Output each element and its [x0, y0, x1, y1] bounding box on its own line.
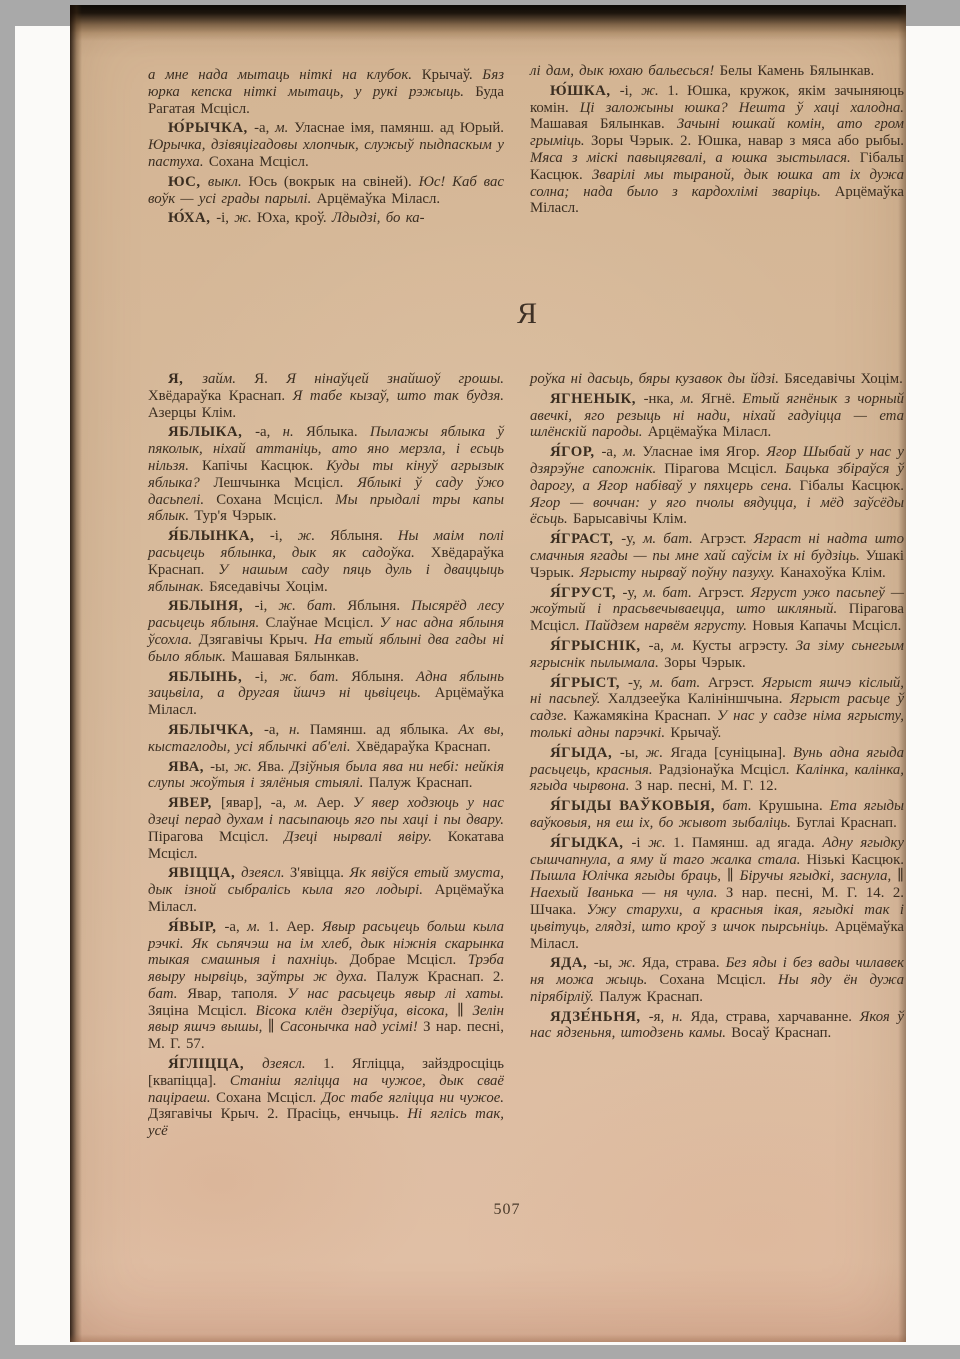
definition-text: Ягада [суніцына].: [670, 745, 793, 761]
entry-continuation-rouka: роўка ні дасьць, бяры кузавок ды йдзі. Б…: [530, 371, 904, 388]
headword: Ю́ШКА,: [550, 83, 620, 99]
entry-yagrast: Я́ГРАСТ, -у, м. бат. Агрэст. Яграст ні н…: [530, 531, 904, 581]
example-text: Дзеці нырвалі явіру.: [284, 829, 448, 845]
definition-text: Добрае Мсцісл.: [350, 952, 468, 968]
entry-yus: ЮС, выкл. Юсь (вокрык на свіней). Юс! Ка…: [148, 174, 504, 208]
entry-yadzennya: ЯДЗЕ́НЬНЯ, -я, н. Яда, страва, харчаванн…: [530, 1009, 904, 1043]
example-text: дзеясл.: [241, 865, 290, 881]
entry-yagnenyk: ЯГНЕНЫК, -нка, м. Ягнё. Етый ягнёнык з ч…: [530, 391, 904, 441]
example-text: м.: [681, 391, 701, 407]
column-main-right: роўка ні дасьць, бяры кузавок ды йдзі. Б…: [530, 371, 904, 1045]
definition-text: -а,: [255, 424, 283, 440]
section-letter-heading: Я: [148, 297, 906, 331]
definition-text: Халдзееўка Калініншчына.: [608, 691, 790, 707]
page-number: 507: [70, 1201, 944, 1219]
headword: ЯБЛЫНЯ,: [168, 598, 255, 614]
entry-yagrysnik: Я́ГРЫСНІК, -а, м. Кусты агрэсту. За зіму…: [530, 638, 904, 672]
headword: Я́ГРЫСНІК,: [550, 638, 649, 654]
definition-text: Сохана Мсцісл.: [216, 1090, 322, 1106]
example-text: ж.: [298, 528, 330, 544]
entry-continuation-yurok: а мне нада мытаць ніткі на клубок. Кры­ч…: [148, 67, 504, 117]
example-text: м. бат.: [643, 585, 698, 601]
headword: Я́ГРАСТ,: [550, 531, 621, 547]
definition-text: Зоры Чэрык.: [664, 655, 746, 671]
example-text: ж.: [234, 759, 257, 775]
definition-text: Бяседавічы Хоцім.: [784, 371, 903, 387]
definition-text: -нка,: [644, 391, 681, 407]
example-text: выкл.: [208, 174, 249, 190]
headword: ЯВЕР,: [168, 795, 221, 811]
example-text: дзеясл.: [262, 1056, 323, 1072]
definition-text: -у,: [623, 585, 644, 601]
definition-text: Крычаў.: [670, 725, 721, 741]
example-text: бат.: [722, 798, 758, 814]
headword: ЯВІЦЦА,: [168, 865, 241, 881]
definition-text: 1. Аер.: [268, 919, 322, 935]
entry-yablynka: Я́БЛЫНКА, -і, ж. Яблыня. Ны маім полі ра…: [148, 528, 504, 595]
example-text: Мяса з міскі павыцягвалі, а юшка зыстыла…: [530, 150, 860, 166]
example-text: Я нінаўцей знайшоў грошы.: [286, 371, 504, 387]
example-text: Лдыдзі, бо ка-: [332, 210, 425, 226]
example-text: Пайдзем нарвём ягрусту.: [585, 618, 753, 634]
definition-text: Ява.: [257, 759, 290, 775]
headword: Я́ГЫДКА,: [550, 835, 632, 851]
entry-yurychka: Ю́РЫЧКА, -а, м. Уласнае імя, памянш. ад …: [148, 120, 504, 170]
headword: Ю́РЫЧКА,: [168, 120, 254, 136]
entry-yablyka: ЯБЛЫКА, -а, н. Яблыка. Пылажы яблыка ў п…: [148, 424, 504, 525]
definition-text: Нізькі Касцюк.: [807, 852, 904, 868]
book-page: а мне нада мытаць ніткі на клубок. Кры­ч…: [70, 5, 906, 1342]
example-text: Ягрысту нырваў поўну пазуху.: [580, 565, 781, 581]
definition-text: Хвёдараўка Краснап.: [148, 388, 293, 404]
definition-text: Ягнё.: [701, 391, 742, 407]
headword: Я,: [168, 371, 202, 387]
definition-text: Палуж Краснап. 2.: [376, 969, 504, 985]
definition-text: Дзягавічы Крыч.: [199, 632, 314, 648]
definition-text: Яблыня.: [347, 598, 411, 614]
definition-text: Пірагова Мсцісл.: [148, 829, 284, 845]
example-text: ж. бат.: [278, 598, 347, 614]
definition-text: Лешчынка Мсцісл.: [214, 475, 358, 491]
example-text: м. бат.: [643, 531, 700, 547]
definition-text: -а,: [649, 638, 672, 654]
example-text: лі дам, дык юхаю бальесься!: [530, 63, 720, 79]
definition-text: Машавая Бялынкав.: [530, 116, 677, 132]
definition-text: -і,: [270, 528, 298, 544]
definition-text: Сохана Мсцісл.: [659, 972, 778, 988]
example-text: ж.: [234, 210, 257, 226]
definition-text: Канахоўка Клім.: [780, 565, 886, 581]
definition-text: Азерцы Клім.: [148, 405, 236, 421]
column-top-right: лі дам, дык юхаю бальесься! Белы Камень …: [530, 63, 904, 220]
scanned-dictionary-page: { "page": { "section_letter": "Я", "page…: [0, 0, 960, 1359]
definition-text: Яда, страва, харчаванне.: [691, 1009, 860, 1025]
entry-yava: ЯВА, -ы, ж. Ява. Дзіўныя была ява ни неб…: [148, 759, 504, 793]
definition-text: Агрэст.: [698, 585, 751, 601]
example-text: У нас расьцець явыр лі хаты.: [287, 986, 504, 1002]
page-top-edge-shadow: [70, 5, 906, 41]
definition-text: Кусты агрэсту.: [692, 638, 796, 654]
definition-text: Яда, страва.: [642, 955, 726, 971]
definition-text: Памянш. ад яблыка.: [310, 722, 459, 738]
example-text: м.: [247, 919, 268, 935]
headword: Я́ВЫР,: [168, 919, 224, 935]
example-text: н.: [672, 1009, 691, 1025]
definition-text: Крушына.: [759, 798, 830, 814]
entry-yablychka: ЯБЛЫЧКА, -а, н. Памянш. ад яблыка. Ах вы…: [148, 722, 504, 756]
example-text: м.: [295, 795, 317, 811]
definition-text: Восаў Краснап.: [731, 1025, 831, 1041]
definition-text: Яблыня.: [351, 669, 416, 685]
entry-yagor: Я́ГОР, -а, м. Уласнае імя Ягор. Ягор Шыб…: [530, 444, 904, 528]
example-text: Дос табе ягліцца ни чужое.: [322, 1090, 504, 1106]
definition-text: -і,: [216, 210, 234, 226]
headword: Я́ГОР,: [550, 444, 601, 460]
definition-text: Кры­чаў.: [422, 67, 483, 83]
definition-text: Сохана Мсцісл.: [216, 492, 335, 508]
example-text: ж.: [618, 955, 641, 971]
definition-text: Тур'я Чэрык.: [194, 508, 276, 524]
definition-text: Юха, кроў.: [257, 210, 332, 226]
headword: ЯДЗЕ́НЬНЯ,: [550, 1009, 649, 1025]
definition-text: -і,: [255, 669, 280, 685]
definition-text: Буглаі Краснап.: [796, 815, 897, 831]
definition-text: Зоры Чэрык. 2. Юшка, навар з мяса або ры…: [591, 133, 904, 149]
definition-text: Уласнае імя, памянш. ад Юрый.: [294, 120, 504, 136]
definition-text: -а,: [254, 120, 275, 136]
entry-yavyr: Я́ВЫР, -а, м. 1. Аер. Явыр расьцець боль…: [148, 919, 504, 1053]
example-text: ж.: [646, 745, 671, 761]
example-text: ж.: [641, 83, 667, 99]
example-text: н.: [283, 424, 306, 440]
headword: Я́ГРУСТ,: [550, 585, 623, 601]
entry-yaglitsa: Я́ГЛІЦЦА, дзеясл. 1. Ягліцца, зайздросці…: [148, 1056, 504, 1140]
definition-text: Агрэст.: [708, 675, 762, 691]
definition-text: Явар, таполя.: [187, 986, 287, 1002]
entry-yablyn: ЯБЛЫНЬ, -і, ж. бат. Яблыня. Адна яблынь …: [148, 669, 504, 719]
definition-text: -і,: [255, 598, 279, 614]
headword: ЯДА,: [550, 955, 594, 971]
headword: Я́БЛЫНКА,: [168, 528, 270, 544]
definition-text: Яблыня.: [330, 528, 398, 544]
entry-yavitsa: ЯВІЦЦА, дзеясл. З'явіцца. Як явіўся етый…: [148, 865, 504, 915]
entry-yushka: Ю́ШКА, -і, ж. 1. Юшка, кружок, якім зачы…: [530, 83, 904, 217]
definition-text: Уласнае імя Ягор.: [642, 444, 766, 460]
definition-text: -і: [632, 835, 649, 851]
definition-text: -у,: [628, 675, 650, 691]
example-text: м. бат.: [650, 675, 708, 691]
example-text: а мне нада мытаць ніткі на клубок.: [148, 67, 422, 83]
definition-text: Слаўнае Мсцісл.: [265, 615, 379, 631]
headword: Я́ГЛІЦЦА,: [168, 1056, 262, 1072]
example-text: Юрычка, дзівяцігадовы хлопчык, служыў пы…: [148, 137, 504, 170]
definition-text: Новыя Капачы Мсцісл.: [752, 618, 901, 634]
definition-text: Дзягавічы Крыч. 2. Прасіць, енчыць.: [148, 1106, 407, 1122]
page-left-edge-shadow: [70, 5, 82, 1342]
example-text: бат.: [148, 986, 187, 1002]
example-text: займ.: [202, 371, 254, 387]
definition-text: -а,: [224, 919, 247, 935]
example-text: м.: [671, 638, 692, 654]
definition-text: Белы Камень Бялынкав.: [720, 63, 875, 79]
definition-text: Пірагова Мсцісл.: [664, 461, 785, 477]
definition-text: -ы,: [620, 745, 646, 761]
entry-yaver: ЯВЕР, [явар], -а, м. Аер. У явер ходзюць…: [148, 795, 504, 862]
entry-yagrust: Я́ГРУСТ, -у, м. бат. Агрэст. Ягруст ужо …: [530, 585, 904, 635]
entry-yagryst: Я́ГРЫСТ, -у, м. бат. Агрэст. Ягрыст яшчэ…: [530, 675, 904, 742]
definition-text: Палуж Краснап.: [369, 775, 473, 791]
definition-text: -ы,: [210, 759, 234, 775]
definition-text: -а,: [601, 444, 623, 460]
column-main-left: Я, займ. Я. Я нінаўцей знайшоў грошы. Хв…: [148, 371, 504, 1143]
definition-text: Арцёмаўка Міласл.: [648, 424, 772, 440]
example-text: ж.: [648, 835, 673, 851]
headword: ЯВА,: [168, 759, 210, 775]
definition-text: -у,: [621, 531, 643, 547]
definition-text: -ы,: [594, 955, 619, 971]
example-text: роўка ні дасьць, бяры кузавок ды йдзі.: [530, 371, 784, 387]
entry-yagyda: Я́ГЫДА, -ы, ж. Ягада [суніцына]. Вунь ад…: [530, 745, 904, 795]
entry-continuation-yukha: лі дам, дык юхаю бальесься! Белы Камень …: [530, 63, 904, 80]
example-text: м.: [275, 120, 294, 136]
headword: Я́ГЫДА,: [550, 745, 620, 761]
example-text: Ці заложыны юшка? Нешта ў хаці халодна.: [580, 100, 904, 116]
definition-text: Капічы Касцюк.: [202, 458, 326, 474]
definition-text: Зяціна Мсцісл.: [148, 1003, 256, 1019]
definition-text: Кажамякіна Краснап.: [573, 708, 717, 724]
definition-text: Машавая Бялынкав.: [231, 649, 359, 665]
definition-text: Яблыка.: [306, 424, 370, 440]
definition-text: Аер.: [316, 795, 353, 811]
definition-text: Хвёдараўка Краснап.: [356, 739, 491, 755]
definition-text: З'явіцца.: [290, 865, 349, 881]
headword: ЯБЛЫКА,: [168, 424, 255, 440]
definition-text: Радзіонаўка Мсцісл.: [659, 762, 796, 778]
definition-text: [явар], -а,: [221, 795, 295, 811]
definition-text: Юсь (вокрык на свіней).: [249, 174, 419, 190]
definition-text: Палуж Краснап.: [599, 989, 703, 1005]
definition-text: -а,: [264, 722, 289, 738]
headword: ЮС,: [168, 174, 208, 190]
page-bottom-edge-shadow: [70, 1334, 906, 1342]
headword: Я́ГЫДЫ ВАЎКОВЫЯ,: [550, 798, 722, 814]
example-text: м.: [623, 444, 642, 460]
definition-text: -я,: [649, 1009, 672, 1025]
definition-text: Агрэст.: [700, 531, 754, 547]
definition-text: 1. Памянш. ад ягада.: [673, 835, 822, 851]
example-text: Я табе кызаў, што так будзя.: [293, 388, 504, 404]
definition-text: Я.: [254, 371, 286, 387]
example-text: ж. бат.: [280, 669, 351, 685]
definition-text: Сохана Мсцісл.: [209, 154, 309, 170]
definition-text: -і,: [620, 83, 641, 99]
headword: Ю́ХА,: [168, 210, 216, 226]
headword: Я́ГРЫСТ,: [550, 675, 628, 691]
column-top-left: а мне нада мытаць ніткі на клубок. Кры­ч…: [148, 67, 504, 230]
definition-text: Барысавічы Клім.: [573, 511, 687, 527]
definition-text: Бяседавічы Хоцім.: [209, 579, 328, 595]
entry-yada: ЯДА, -ы, ж. Яда, страва. Без яды і без в…: [530, 955, 904, 1005]
definition-text: Арцёмаўка Міласл.: [317, 191, 441, 207]
example-text: н.: [289, 722, 310, 738]
entry-yagydy-vaukovyya: Я́ГЫДЫ ВАЎКОВЫЯ, бат. Крушына. Ета ягыды…: [530, 798, 904, 832]
definition-text: Гібалы Касцюк.: [800, 478, 904, 494]
headword: ЯБЛЫНЬ,: [168, 669, 255, 685]
headword: ЯГНЕНЫК,: [550, 391, 644, 407]
definition-text: З нар. песні, М. Г. 12.: [635, 778, 778, 794]
entry-yablynya: ЯБЛЫНЯ, -і, ж. бат. Яблыня. Пысярёд лесу…: [148, 598, 504, 665]
entry-ya: Я, займ. Я. Я нінаўцей знайшоў грошы. Хв…: [148, 371, 504, 421]
entry-yukha: Ю́ХА, -і, ж. Юха, кроў. Лдыдзі, бо ка-: [148, 210, 504, 227]
headword: ЯБЛЫЧКА,: [168, 722, 264, 738]
entry-yagydka: Я́ГЫДКА, -і ж. 1. Памянш. ад ягада. Адну…: [530, 835, 904, 953]
